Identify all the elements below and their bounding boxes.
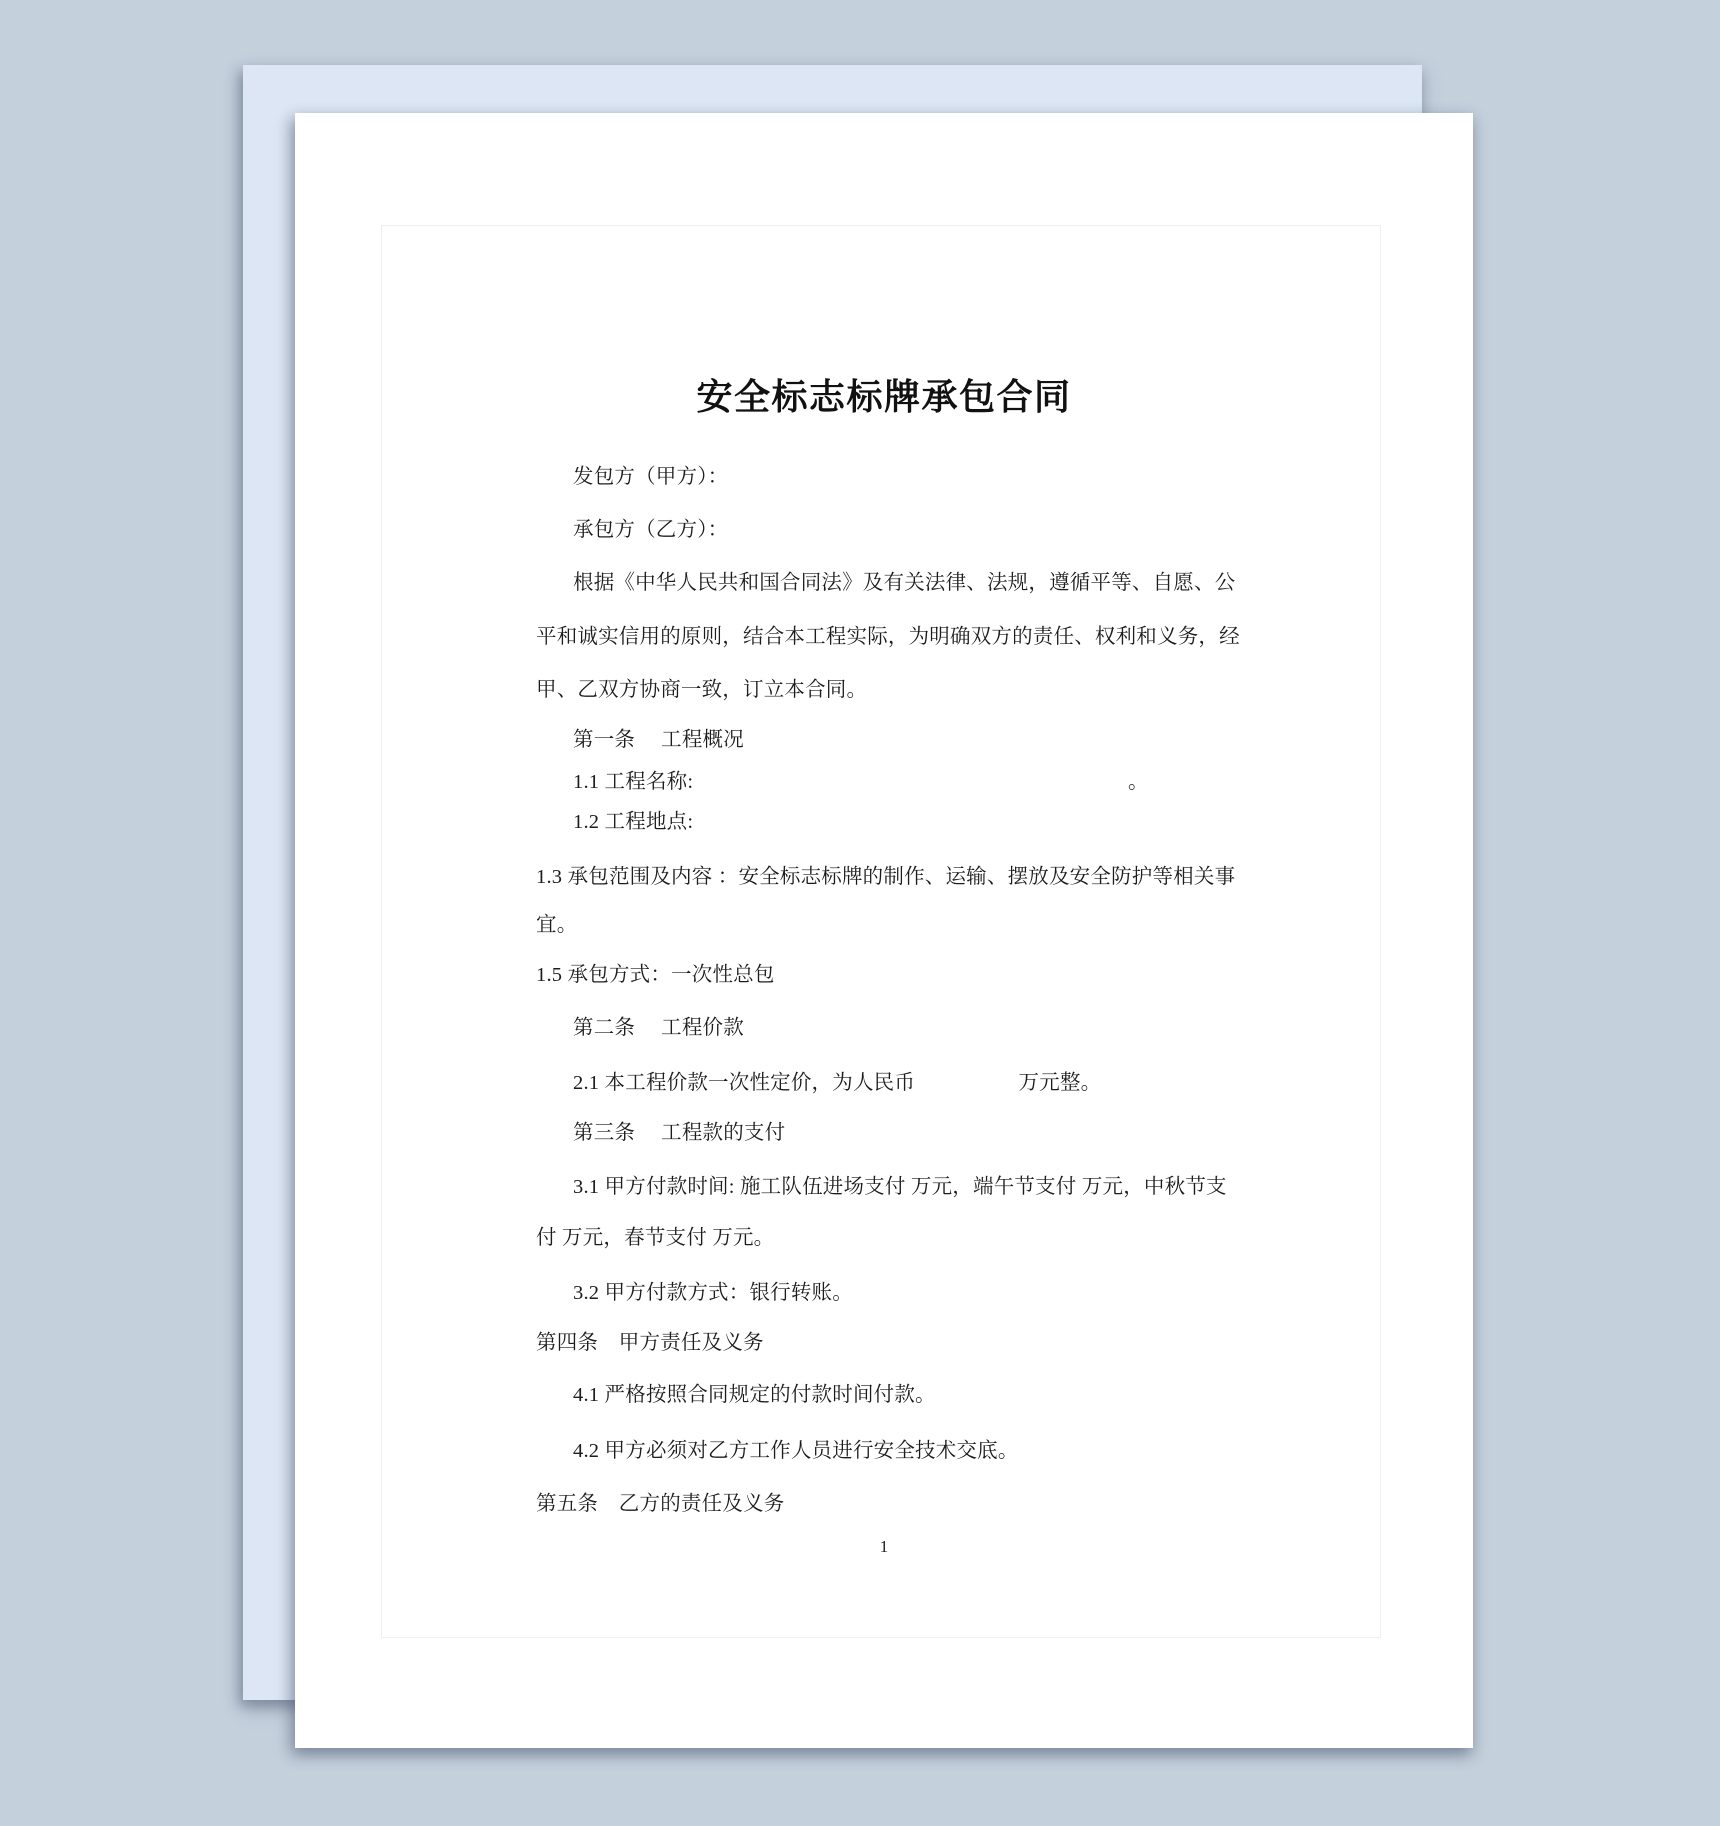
section-heading-line: 第三条 工程款的支付 — [536, 1120, 1248, 1146]
doc-line-text: 2.1 本工程价款一次性定价，为人民币 万元整。 — [573, 1072, 1101, 1094]
doc-line-text: 1.1 工程名称: — [573, 771, 693, 793]
doc-line: 3.1 甲方付款时间: 施工队伍进场支付 万元，端午节支付 万元，中秋节支 — [536, 1174, 1248, 1200]
doc-line-text: 第二条 工程价款 — [573, 1017, 744, 1039]
doc-line-text: 平和诚实信用的原则，结合本工程实际，为明确双方的责任、权利和义务，经 — [536, 626, 1240, 648]
doc-line-text: 4.2 甲方必须对乙方工作人员进行安全技术交底。 — [573, 1440, 1019, 1462]
doc-line-text: 3.1 甲方付款时间: 施工队伍进场支付 万元，端午节支付 万元，中秋节支 — [573, 1176, 1227, 1198]
doc-line-text: 付 万元，春节支付 万元。 — [536, 1227, 774, 1249]
page-number: 1 — [295, 1537, 1473, 1557]
section-heading-line: 第四条 甲方责任及义务 — [536, 1330, 1248, 1356]
desk-background: 安全标志标牌承包合同 发包方（甲方）：承包方（乙方）：根据《中华人民共和国合同法… — [0, 0, 1720, 1826]
doc-line: 3.2 甲方付款方式：银行转账。 — [536, 1280, 1248, 1306]
doc-line: 付 万元，春节支付 万元。 — [536, 1225, 1248, 1251]
doc-line-text: 发包方（甲方）： — [573, 466, 728, 488]
doc-line-text: 第五条 乙方的责任及义务 — [536, 1493, 784, 1515]
section-heading-line: 第二条 工程价款 — [536, 1015, 1248, 1041]
doc-line-text: 4.1 严格按照合同规定的付款时间付款。 — [573, 1384, 936, 1406]
doc-line: 4.2 甲方必须对乙方工作人员进行安全技术交底。 — [536, 1438, 1248, 1464]
document-body: 发包方（甲方）：承包方（乙方）：根据《中华人民共和国合同法》及有关法律、法规，遵… — [295, 113, 1473, 1748]
doc-line-text: 第四条 甲方责任及义务 — [536, 1332, 764, 1354]
doc-line-text: 3.2 甲方付款方式：银行转账。 — [573, 1282, 853, 1304]
doc-line: 发包方（甲方）： — [536, 464, 1248, 490]
section-heading-line: 第五条 乙方的责任及义务 — [536, 1491, 1248, 1517]
doc-line-text: 1.5 承包方式：一次性总包 — [536, 964, 775, 986]
doc-line-text: 第一条 工程概况 — [573, 729, 744, 751]
doc-line: 1.1 工程名称:。 — [536, 769, 1248, 795]
doc-line: 2.1 本工程价款一次性定价，为人民币 万元整。 — [536, 1070, 1248, 1096]
doc-line: 1.5 承包方式：一次性总包 — [536, 962, 1248, 988]
doc-line-text: 宜。 — [536, 914, 577, 936]
doc-line: 承包方（乙方）： — [536, 517, 1248, 543]
section-heading-line: 第一条 工程概况 — [536, 727, 1248, 753]
doc-line: 4.1 严格按照合同规定的付款时间付款。 — [536, 1382, 1248, 1408]
doc-line: 1.3 承包范围及内容 ：安全标志标牌的制作、运输、摆放及安全防护等相关事 — [536, 864, 1248, 890]
doc-line: 根据《中华人民共和国合同法》及有关法律、法规，遵循平等、自愿、公 — [536, 570, 1248, 596]
contract-page: 安全标志标牌承包合同 发包方（甲方）：承包方（乙方）：根据《中华人民共和国合同法… — [295, 113, 1473, 1748]
doc-line-text: 1.2 工程地点: — [573, 811, 693, 833]
doc-line: 宜。 — [536, 912, 1248, 938]
doc-line-text: 根据《中华人民共和国合同法》及有关法律、法规，遵循平等、自愿、公 — [573, 572, 1235, 594]
doc-line-text: 第三条 工程款的支付 — [573, 1122, 785, 1144]
doc-line: 1.2 工程地点: — [536, 809, 1248, 835]
doc-line: 平和诚实信用的原则，结合本工程实际，为明确双方的责任、权利和义务，经 — [536, 624, 1248, 650]
doc-line-text: 甲、乙双方协商一致，订立本合同。 — [536, 679, 867, 701]
doc-line-text: 承包方（乙方）： — [573, 519, 728, 541]
line-trailing-punctuation: 。 — [1128, 769, 1149, 795]
doc-line: 甲、乙双方协商一致，订立本合同。 — [536, 677, 1248, 703]
doc-line-text: 1.3 承包范围及内容 ：安全标志标牌的制作、运输、摆放及安全防护等相关事 — [536, 866, 1235, 888]
